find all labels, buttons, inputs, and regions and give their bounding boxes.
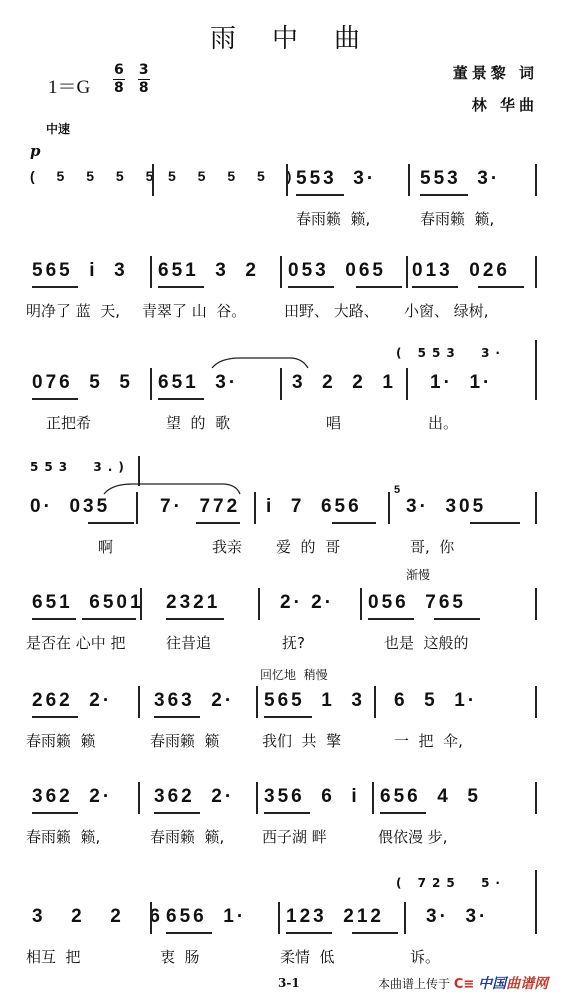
beam — [434, 618, 480, 620]
measure: 553 3· — [296, 168, 376, 190]
barline — [258, 588, 260, 620]
beam — [332, 522, 376, 524]
beam — [154, 716, 200, 718]
measure: 565 1 3 — [264, 690, 365, 712]
notes: 262 2· 363 2· 565 1 3 6 5 1· — [30, 690, 540, 720]
measure: 076 5 5 — [32, 372, 133, 394]
barline — [372, 782, 374, 814]
barline — [150, 368, 152, 400]
slur — [210, 356, 310, 370]
lyrics: 是否在 心中 把 往昔追 抚? 也是 这般的 — [30, 632, 540, 656]
barline — [152, 164, 154, 196]
lyricist-credit: 董景黎 词 — [453, 62, 538, 83]
prelude-notes: ( 725 5· — [396, 876, 506, 890]
beam — [32, 286, 78, 288]
barline — [150, 902, 152, 934]
beam — [286, 932, 332, 934]
barline — [535, 256, 537, 288]
page-number: 3-1 — [278, 976, 300, 990]
barline — [360, 588, 362, 620]
barline — [278, 902, 280, 934]
beam — [158, 398, 204, 400]
notes: 565 i 3 651 3 2 053 065 013 026 — [30, 260, 540, 290]
tempo-annotation: 渐慢 — [406, 566, 430, 583]
barline — [138, 686, 140, 718]
lyric: 也是 这般的 — [384, 632, 469, 653]
measure: 356 6 i — [264, 786, 360, 808]
beam — [32, 398, 78, 400]
lyric: 田野、 大路、 — [284, 300, 379, 321]
barline — [140, 588, 142, 620]
barline — [404, 902, 406, 934]
prelude-notes: 553 3.) — [30, 460, 130, 474]
measure: 5 5 5 5 ) — [168, 168, 300, 184]
measure: 3· 305 — [406, 496, 486, 518]
lyric: 是否在 心中 把 — [26, 632, 126, 653]
barline — [136, 492, 138, 524]
measure: 651 3· — [158, 372, 238, 394]
barline — [535, 588, 537, 620]
barline — [254, 492, 256, 524]
prelude-notes: ( 553 3· — [396, 346, 506, 360]
lyrics: 春雨籁 籁 春雨籁 籁 我们 共 擎 一 把 伞, — [30, 730, 540, 754]
measure: 053 065 — [288, 260, 386, 282]
key-signature: 1＝G — [48, 72, 90, 99]
time-signature: 68 38 — [113, 62, 158, 97]
measure: ( 5 5 5 5 — [30, 168, 162, 184]
lyrics: 春雨籁 籁, 春雨籁 籁, 西子湖 畔 偎依漫 步, — [30, 826, 540, 850]
lyric: 春雨籁 籁, — [296, 208, 370, 229]
lyrics: 相互 把 衷 肠 柔情 低 诉。 — [30, 946, 540, 970]
beam — [264, 716, 312, 718]
notes: ( 5 5 5 5 5 5 5 5 ) 553 3· 553 3· — [30, 168, 540, 198]
notes: 0· 035 7· 772 i 7 656 5 3· 305 — [30, 496, 540, 526]
barline — [406, 256, 408, 288]
measure: 656 1· — [166, 906, 246, 928]
lyric: 哥, 你 — [410, 536, 454, 557]
notes: 651 6501 2321 2· 2· 056 765 — [30, 592, 540, 622]
song-title: 雨中曲 — [0, 18, 570, 55]
barline — [374, 686, 376, 718]
barline — [535, 492, 537, 524]
beam — [264, 812, 310, 814]
lyric: 正把希 — [46, 412, 91, 433]
barline — [535, 340, 537, 400]
lyric: 青翠了 山 谷。 — [142, 300, 246, 321]
site-name-part-a[interactable]: 中国 — [478, 976, 506, 992]
site-logo-icon: C≡ — [454, 977, 474, 992]
lyric: 我们 共 擎 — [262, 730, 341, 751]
beam — [32, 618, 76, 620]
grace-note: 5 — [394, 484, 400, 496]
barline — [150, 256, 152, 288]
slur — [102, 482, 242, 496]
barline — [256, 782, 258, 814]
lyric: 诉。 — [410, 946, 440, 967]
beam — [412, 286, 458, 288]
beam — [352, 932, 398, 934]
barline — [406, 368, 408, 400]
measure: 262 2· — [32, 690, 112, 712]
measure: 651 6501 — [32, 592, 144, 614]
beam — [166, 932, 212, 934]
barline — [286, 164, 288, 196]
meter-3-8: 38 — [138, 62, 150, 97]
measure: 123 212 — [286, 906, 384, 928]
lyrics: 明净了 蓝 天, 青翠了 山 谷。 田野、 大路、 小窗、 绿树, — [30, 300, 540, 324]
beam — [82, 618, 136, 620]
measure: i 7 656 — [266, 496, 362, 518]
beam — [470, 522, 520, 524]
lyric: 爱 的 哥 — [276, 536, 340, 557]
barline — [280, 256, 282, 288]
barline — [535, 686, 537, 718]
beam — [154, 812, 200, 814]
lyric: 我亲 — [212, 536, 242, 557]
beam — [420, 194, 468, 196]
measure: 3 2 2 1 — [292, 372, 396, 394]
lyric: 春雨籁 籁 — [150, 730, 220, 751]
beam — [32, 812, 78, 814]
beam — [32, 716, 78, 718]
notes: 3 2 2 6 656 1· 123 212 3· 3· — [30, 906, 540, 936]
measure: 362 2· — [32, 786, 112, 808]
lyric: 往昔追 — [166, 632, 211, 653]
notes: 076 5 5 651 3· 3 2 2 1 1· 1· — [30, 372, 540, 402]
lyric: 出。 — [428, 412, 458, 433]
beam — [158, 286, 204, 288]
beam — [368, 618, 414, 620]
lyric: 衷 肠 — [160, 946, 200, 967]
measure: 651 3 2 — [158, 260, 259, 282]
beam — [380, 812, 426, 814]
lyric: 春雨籁 籁, — [26, 826, 100, 847]
lyrics: 啊 我亲 爱 的 哥 哥, 你 — [30, 536, 540, 560]
tempo-marking: 中速 — [46, 120, 70, 137]
lyrics: 春雨籁 籁, 春雨籁 籁, — [30, 208, 540, 232]
source-credit: 本曲谱上传于 C≡ 中国曲谱网 — [378, 973, 548, 993]
measure: 1· 1· — [430, 372, 492, 394]
beam — [196, 522, 240, 524]
measure: 2321 — [166, 592, 220, 614]
barline — [408, 164, 410, 196]
lyric: 啊 — [98, 536, 113, 557]
beam — [478, 286, 524, 288]
source-label: 本曲谱上传于 — [378, 977, 450, 991]
beam — [166, 618, 224, 620]
lyrics: 正把希 望 的 歌 唱 出。 — [30, 412, 540, 436]
lyric: 春雨籁 籁, — [420, 208, 494, 229]
lyric: 偎依漫 步, — [378, 826, 448, 847]
barline — [388, 492, 390, 524]
measure: 2· 2· — [280, 592, 334, 614]
site-name-part-b[interactable]: 曲谱网 — [506, 976, 548, 992]
lyric: 西子湖 畔 — [262, 826, 327, 847]
barline — [280, 368, 282, 400]
lyric: 春雨籁 籁 — [26, 730, 96, 751]
beam — [288, 286, 334, 288]
measure: 565 i 3 — [32, 260, 128, 282]
lyric: 小窗、 绿树, — [404, 300, 489, 321]
lyric: 抚? — [282, 632, 305, 653]
lyric: 相互 把 — [26, 946, 81, 967]
notes: 362 2· 362 2· 356 6 i 656 4 5 — [30, 786, 540, 816]
lyric: 柔情 低 — [280, 946, 335, 967]
measure: 056 765 — [368, 592, 466, 614]
barline — [138, 782, 140, 814]
beam — [296, 194, 344, 196]
measure: 0· 035 — [30, 496, 110, 518]
lyric: 望 的 歌 — [166, 412, 230, 433]
measure: 6 5 1· — [394, 690, 477, 712]
measure: 3 2 2 6 — [32, 906, 166, 928]
composer-credit: 林 华曲 — [472, 94, 538, 115]
measure: 656 4 5 — [380, 786, 481, 808]
beam — [356, 286, 402, 288]
barline — [535, 782, 537, 814]
lyric: 一 把 伞, — [394, 730, 463, 751]
dynamic-marking: p — [30, 142, 41, 160]
barline — [256, 686, 258, 718]
lyric: 唱 — [326, 412, 341, 433]
barline — [535, 870, 537, 934]
measure: 553 3· — [420, 168, 500, 190]
lyric: 明净了 蓝 天, — [26, 300, 120, 321]
measure: 3· 3· — [426, 906, 488, 928]
barline — [535, 164, 537, 196]
measure: 362 2· — [154, 786, 234, 808]
measure: 7· 772 — [160, 496, 240, 518]
measure: 363 2· — [154, 690, 234, 712]
lyric: 春雨籁 籁, — [150, 826, 224, 847]
measure: 013 026 — [412, 260, 510, 282]
beam — [88, 522, 134, 524]
meter-6-8: 68 — [113, 62, 125, 97]
tempo-annotation: 回忆地 稍慢 — [260, 666, 328, 683]
